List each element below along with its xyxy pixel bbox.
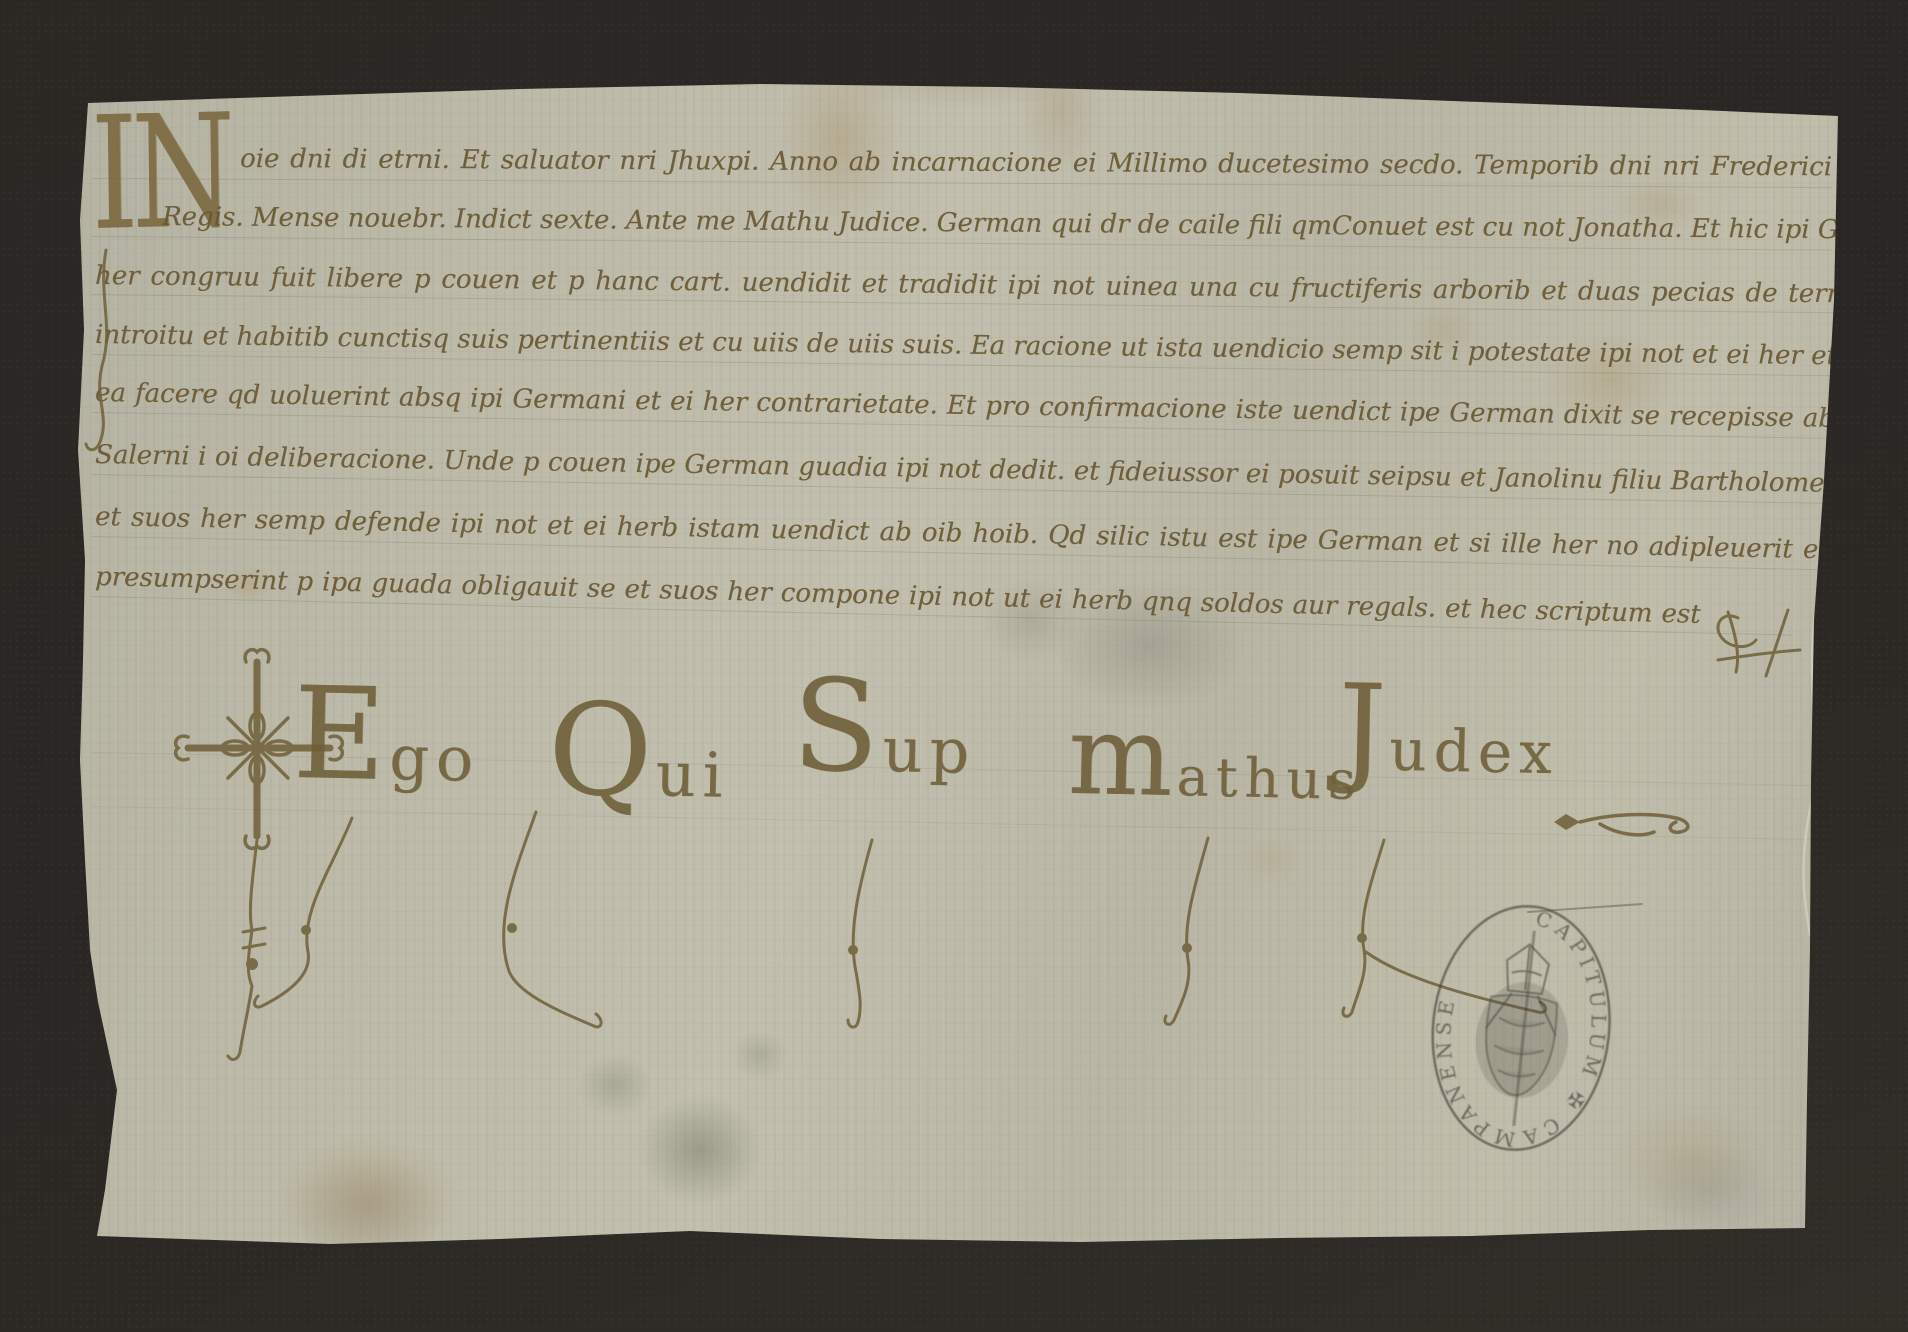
line-2-left-segment: Regis. Mense nouebr. Indict sexte. Ante … — [162, 199, 1332, 248]
manuscript-line-1: oie dni di etrni. Et saluator nri Jhuxpi… — [240, 141, 1832, 189]
manuscript-line-5: ea facere qd uoluerint absq ipi Germani … — [95, 375, 1835, 441]
ruling-line — [92, 806, 1812, 840]
manuscript-line-4: introitu et habitib cunctisq suis pertin… — [95, 317, 1837, 378]
chapter-seal: CAPITULUM ✠ CAMPANENSE — [1415, 891, 1627, 1167]
signature-word-sup: Sup — [791, 662, 978, 793]
manuscript-line-6: Salerni i oi deliberacione. Unde p couen… — [95, 437, 1833, 506]
parchment: IN oie dni di etrni. Et saluator nri Jhu… — [0, 0, 1908, 1332]
signature-word-qui: Qui — [547, 686, 732, 817]
signature-word-mathus: mathus — [1067, 701, 1364, 818]
notary-sign-icon — [1718, 610, 1800, 676]
judex-end-flourish-icon — [1554, 814, 1688, 835]
line-2-right-segment: Conuet est cu not Jonatha. Et hic ipi Ge… — [1332, 208, 1908, 254]
signature-word-judex: Judex — [1337, 670, 1561, 794]
manuscript-line-3: her congruu fuit libere p couen et p han… — [95, 258, 1839, 316]
manuscript-line-2: Regis. Mense nouebr. Indict sexte. Ante … — [162, 199, 1834, 252]
manuscript-line-8: presumpserint p ipa guada obligauit se e… — [95, 559, 1701, 637]
manuscript-line-7: et suos her semp defende ipi not et ei h… — [95, 499, 1829, 572]
signature-word-ego: Ego — [292, 670, 482, 801]
photo-background: IN oie dni di etrni. Et saluator nri Jhu… — [0, 0, 1908, 1332]
